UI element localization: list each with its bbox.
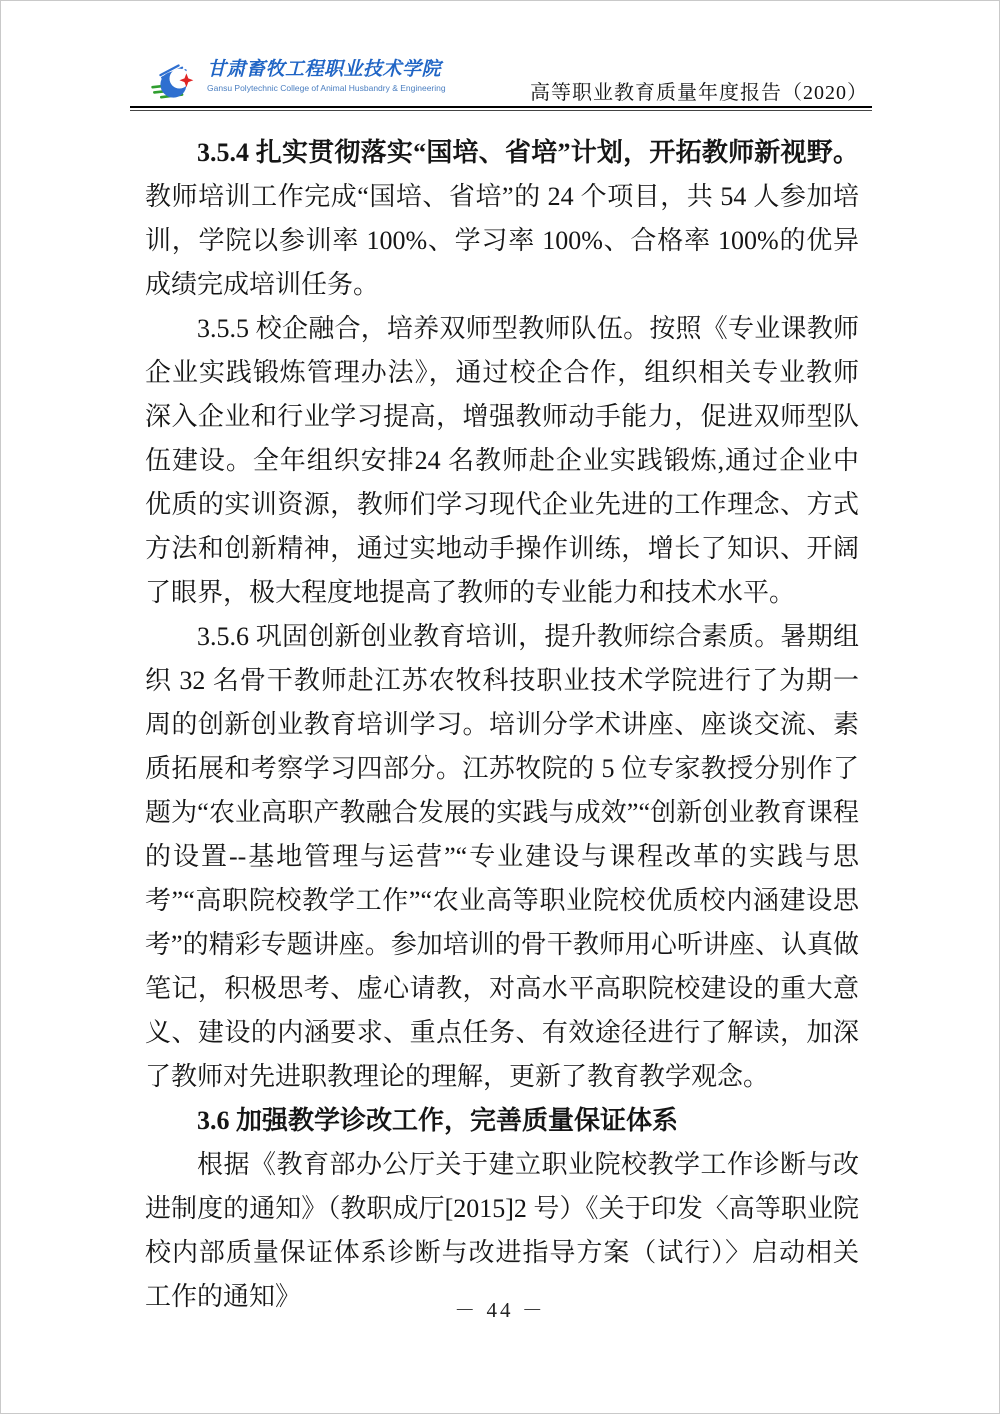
header-rule-thick-line	[130, 106, 872, 108]
paragraph-3-5-6: 3.5.6 巩固创新创业教育培训，提升教师综合素质。暑期组织 32 名骨干教师赴…	[145, 615, 859, 1099]
header-rule-thin-line	[130, 110, 872, 111]
section-heading-text: 3.6 加强教学诊改工作，完善质量保证体系	[197, 1106, 678, 1135]
college-name-en: Gansu Polytechnic College of Animal Husb…	[207, 83, 446, 93]
paragraph-3-5-5: 3.5.5 校企融合，培养双师型教师队伍。按照《专业课教师企业实践锻炼管理办法》…	[145, 307, 859, 615]
paragraph-3-6-intro: 根据《教育部办公厅关于建立职业院校教学工作诊断与改进制度的通知》（教职成厅[20…	[145, 1143, 859, 1319]
heading-3-6: 3.6 加强教学诊改工作，完善质量保证体系	[145, 1099, 859, 1143]
college-emblem-icon	[150, 60, 202, 104]
paragraph-3-5-4: 3.5.4 扎实贯彻落实“国培、省培”计划，开拓教师新视野。教师培训工作完成“国…	[145, 131, 859, 307]
college-logo: 甘肃畜牧工程职业技术学院 Gansu Polytechnic College o…	[150, 58, 446, 104]
section-heading-text: 3.5.6 巩固创新创业教育培训，提升教师综合素质。	[197, 622, 781, 651]
document-page: 甘肃畜牧工程职业技术学院 Gansu Polytechnic College o…	[0, 0, 1000, 1414]
document-body: 3.5.4 扎实贯彻落实“国培、省培”计划，开拓教师新视野。教师培训工作完成“国…	[145, 131, 859, 1319]
section-heading-text: 3.5.5 校企融合，培养双师型教师队伍。	[197, 314, 649, 343]
header-rule	[130, 106, 872, 111]
page-footer: － 44 －	[0, 1294, 1000, 1324]
college-logo-text: 甘肃畜牧工程职业技术学院 Gansu Polytechnic College o…	[207, 58, 446, 93]
section-heading-text: 3.5.4 扎实贯彻落实“国培、省培”计划，开拓教师新视野。	[197, 138, 859, 167]
college-name-zh: 甘肃畜牧工程职业技术学院	[207, 58, 446, 82]
report-title: 高等职业教育质量年度报告（2020）	[530, 76, 868, 105]
page-number: － 44 －	[454, 1294, 546, 1324]
